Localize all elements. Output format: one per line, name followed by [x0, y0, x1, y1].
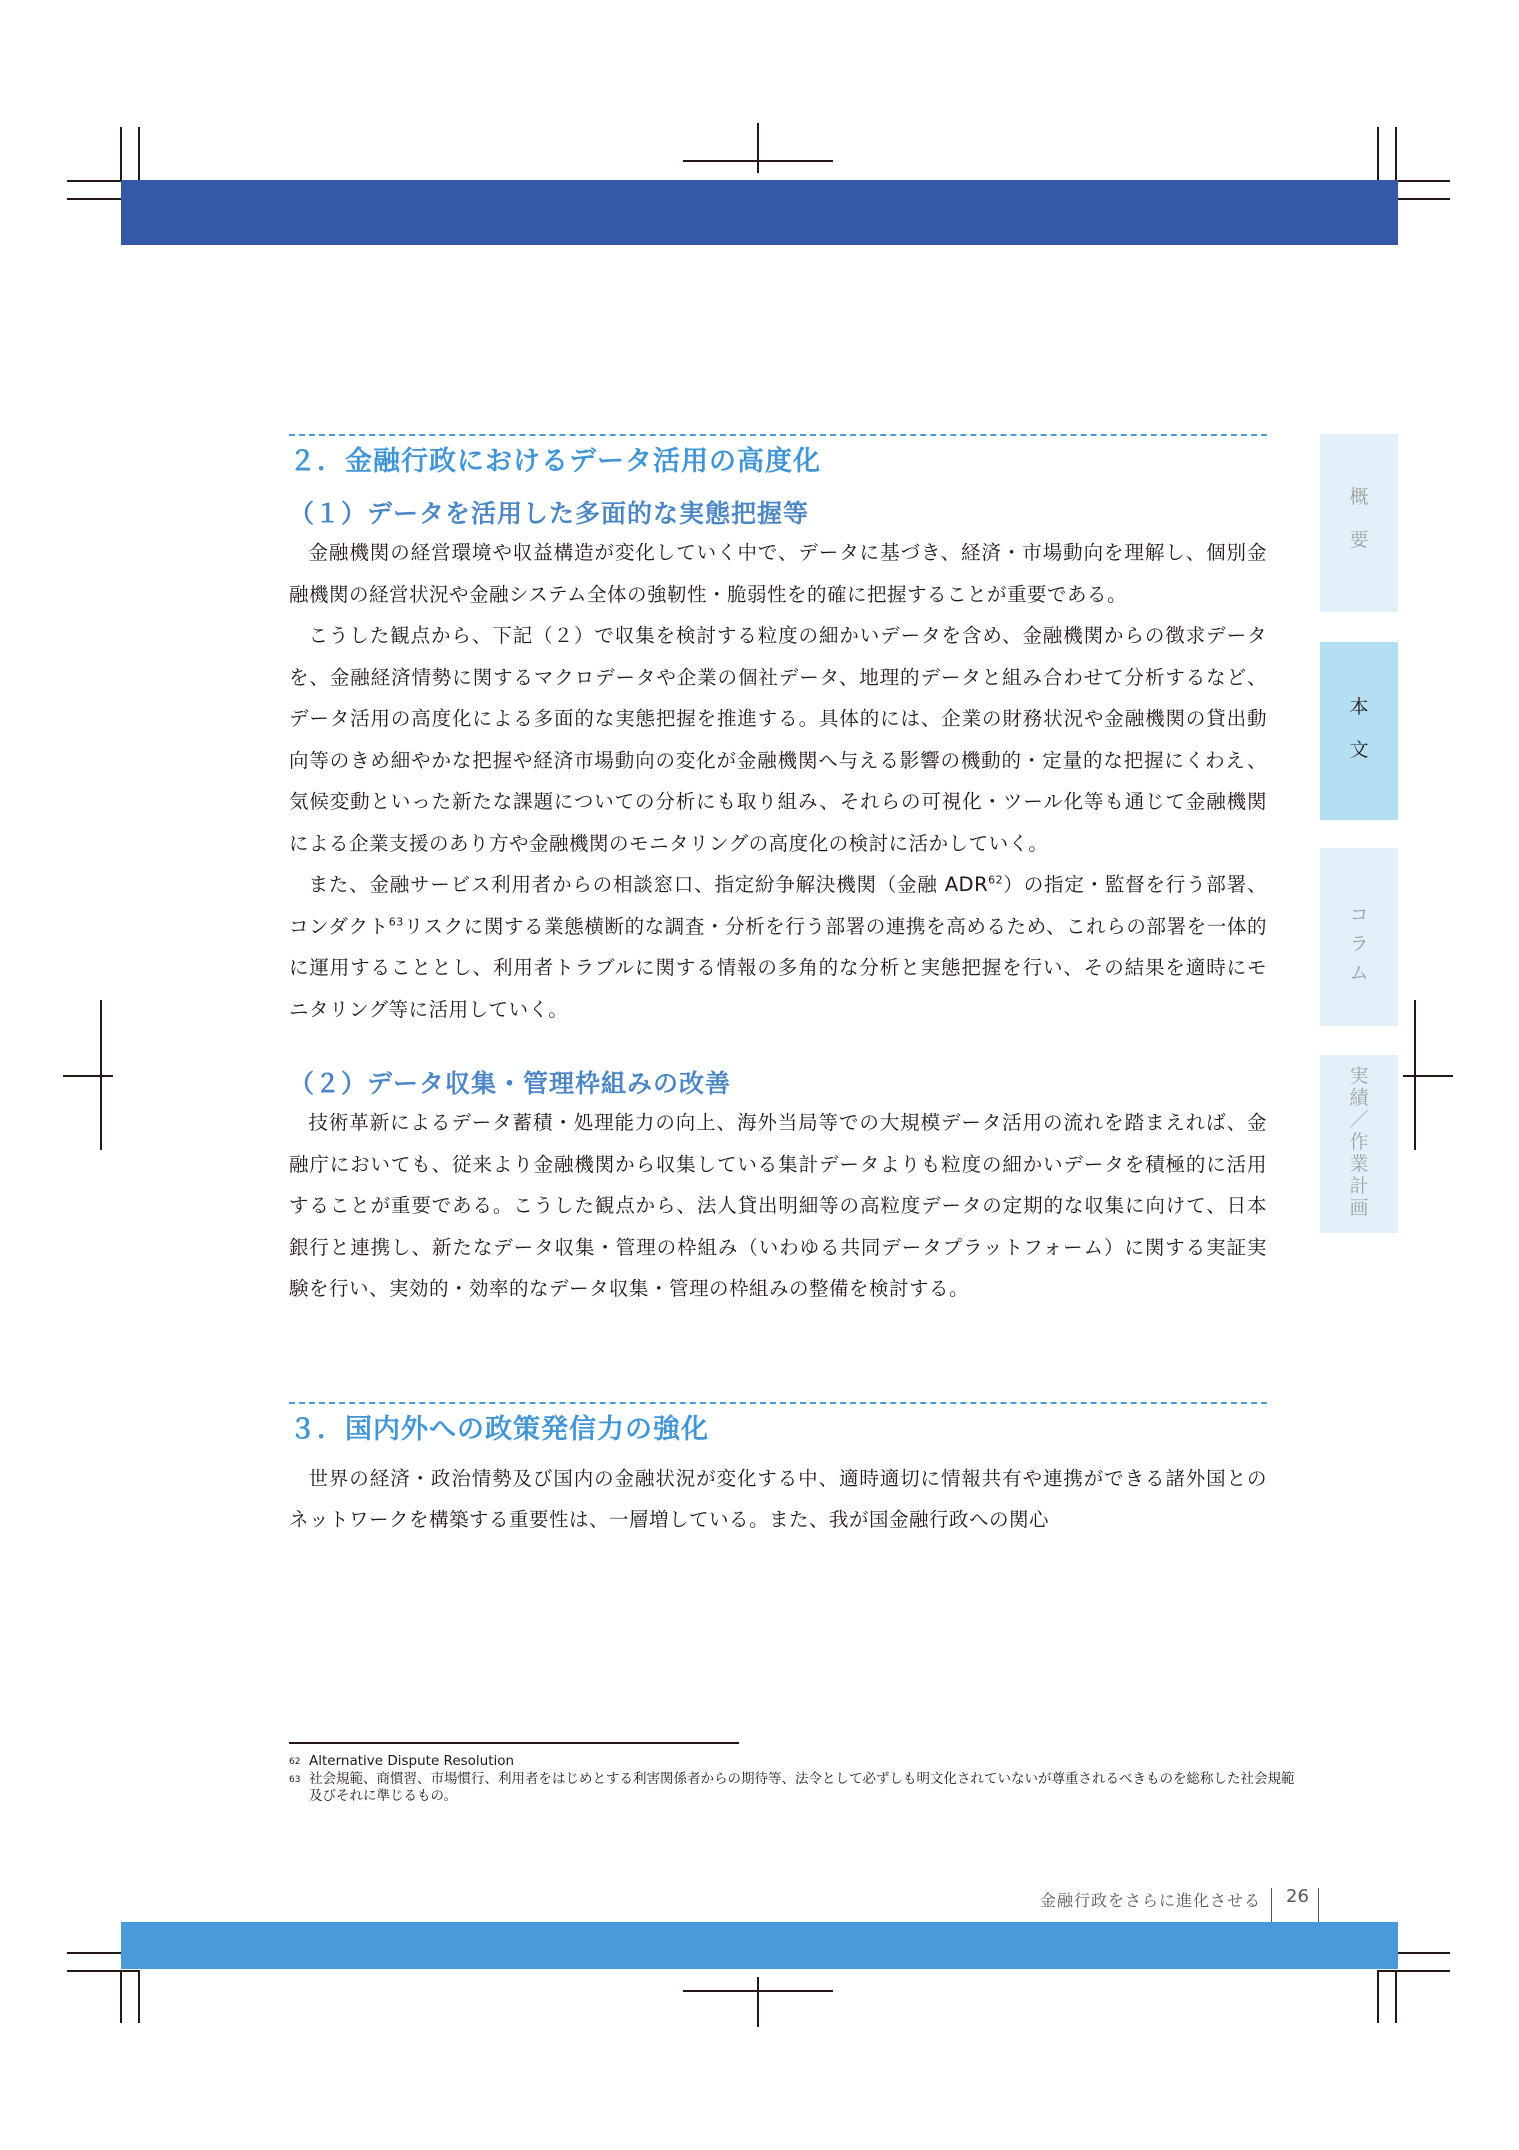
section-2-heading: ２．金融行政におけるデータ活用の高度化: [289, 442, 1267, 482]
footnote-text: Alternative Dispute Resolution: [309, 1753, 514, 1771]
crop-mark: [1377, 1970, 1379, 2023]
side-tab-char: コ: [1349, 900, 1368, 927]
crop-mark: [67, 1952, 122, 1954]
side-tab-results-plan[interactable]: 実 績 ／ 作 業 計 画: [1320, 1055, 1398, 1233]
paragraph-text: また、金融サービス利用者からの相談窓口、指定紛争解決機関（金融 ADR: [309, 873, 989, 896]
crop-mark: [1378, 1970, 1450, 1972]
crop-mark: [757, 1977, 759, 2027]
crop-mark: [67, 1970, 139, 1972]
footnote-text: 社会規範、商慣習、市場慣行、利用者をはじめとする利害関係者からの期待等、法令とし…: [309, 1771, 1299, 1805]
crop-mark: [138, 127, 140, 180]
footer-title: 金融行政をさらに進化させる: [1040, 1888, 1261, 1911]
side-tab-char: 業: [1349, 1153, 1368, 1175]
footnote-number: 63: [289, 1771, 309, 1805]
side-tab-char: 作: [1349, 1131, 1368, 1153]
paragraph-text: リスクに関する業態横断的な調査・分析を行う部署の連携を高めるため、これらの部署を…: [289, 915, 1267, 1021]
crop-mark: [1403, 1075, 1453, 1077]
crop-mark: [67, 180, 122, 182]
footer-band: [121, 1922, 1398, 1969]
section-divider: [289, 1402, 1267, 1404]
footnote-number: 62: [289, 1753, 309, 1771]
paragraph: 技術革新によるデータ蓄積・処理能力の向上、海外当局等での大規模データ活用の流れを…: [289, 1102, 1267, 1310]
crop-mark: [1397, 1952, 1450, 1954]
side-tab-char: 績: [1349, 1087, 1368, 1109]
crop-mark: [120, 127, 122, 180]
footnotes: 62 Alternative Dispute Resolution 63 社会規…: [289, 1753, 1299, 1805]
crop-mark: [138, 1970, 140, 2023]
paragraph: 金融機関の経営環境や収益構造が変化していく中で、データに基づき、経済・市場動向を…: [289, 532, 1267, 615]
page-number: 26: [1286, 1886, 1309, 1907]
side-tab-char: 実: [1349, 1065, 1368, 1087]
crop-mark: [1377, 127, 1379, 180]
crop-mark: [67, 198, 122, 200]
subsection-1-heading: （１）データを活用した多面的な実態把握等: [289, 496, 1267, 532]
section-3-heading: ３．国内外への政策発信力の強化: [289, 1410, 1267, 1450]
side-tab-char: 計: [1349, 1175, 1368, 1197]
footnote-62: 62 Alternative Dispute Resolution: [289, 1753, 1299, 1771]
paragraph: こうした観点から、下記（２）で収集を検討する粒度の細かいデータを含め、金融機関か…: [289, 615, 1267, 864]
side-tab-overview[interactable]: 概 要: [1320, 434, 1398, 612]
side-tab-char: 本: [1349, 692, 1368, 719]
paragraph: 世界の経済・政治情勢及び国内の金融状況が変化する中、適時適切に情報共有や連携がで…: [289, 1458, 1267, 1541]
main-content: ２．金融行政におけるデータ活用の高度化 （１）データを活用した多面的な実態把握等…: [289, 434, 1267, 1541]
crop-mark: [1395, 127, 1397, 180]
side-tab-char: ラ: [1349, 929, 1368, 956]
footnote-ref-62[interactable]: 62: [988, 874, 1003, 887]
footnote-rule: [289, 1742, 739, 1744]
side-tab-char: 要: [1349, 525, 1368, 552]
crop-mark: [63, 1075, 113, 1077]
crop-mark: [1395, 1970, 1397, 2023]
side-tab-char: 画: [1349, 1197, 1368, 1219]
header-band: [121, 180, 1398, 245]
paragraph: また、金融サービス利用者からの相談窓口、指定紛争解決機関（金融 ADR62）の指…: [289, 864, 1267, 1030]
footnote-63: 63 社会規範、商慣習、市場慣行、利用者をはじめとする利害関係者からの期待等、法…: [289, 1771, 1299, 1805]
side-tab-char: 文: [1349, 735, 1368, 762]
footnote-ref-63[interactable]: 63: [389, 915, 404, 928]
side-tab-column[interactable]: コ ラ ム: [1320, 848, 1398, 1026]
side-tab-char: ム: [1349, 958, 1368, 985]
crop-mark: [120, 1970, 122, 2023]
side-tab-char: ／: [1349, 1109, 1368, 1131]
crop-mark: [1397, 198, 1450, 200]
section-divider: [289, 434, 1267, 436]
subsection-2-heading: （２）データ収集・管理枠組みの改善: [289, 1066, 1267, 1102]
crop-mark: [1397, 180, 1450, 182]
side-tab-char: 概: [1349, 482, 1368, 509]
crop-mark: [757, 123, 759, 173]
side-tab-main-text[interactable]: 本 文: [1320, 642, 1398, 820]
